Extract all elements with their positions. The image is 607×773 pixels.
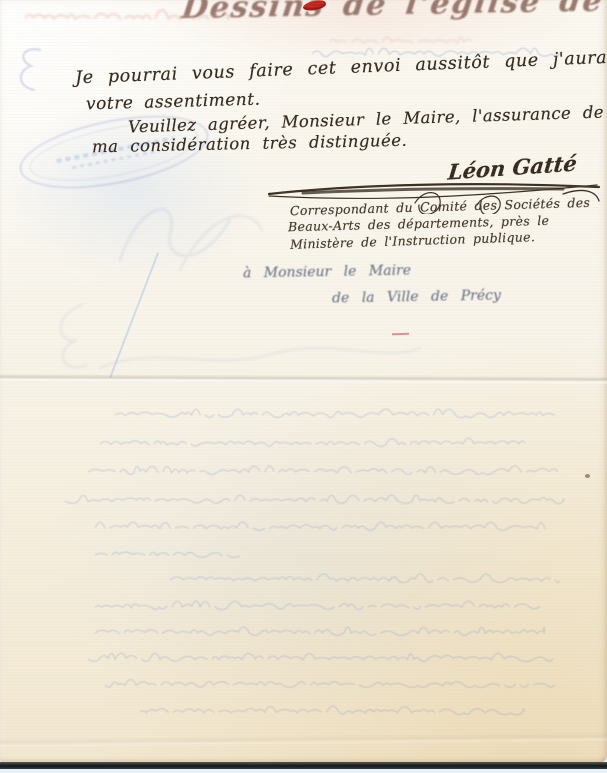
addressee-line: à Monsieur le Maire [243, 263, 411, 282]
illegible-ghost-line [95, 619, 545, 641]
fold-crease [0, 374, 607, 385]
ghost-curls [42, 295, 122, 380]
scan-edge [0, 762, 607, 769]
fold-crease [0, 732, 607, 748]
red-pencil-dash [392, 333, 409, 336]
showthrough-haze [40, 390, 560, 730]
illegible-ghost-line [88, 645, 553, 667]
scanned-letter-image: Dessins de l'église de Précy Je pourrai … [0, 0, 607, 773]
letter-page: Dessins de l'église de Précy Je pourrai … [0, 0, 607, 763]
illegible-ghost-line [95, 541, 240, 563]
blue-curl-mark [14, 46, 50, 94]
ghost-stroke-above-crease [95, 338, 425, 378]
letter-body-line: Je pourrai vous faire cet envoi aussitôt… [75, 48, 607, 89]
illegible-ghost-line [330, 28, 472, 50]
illegible-ghost-line [100, 430, 525, 452]
ink-speck [585, 474, 590, 478]
illegible-ghost-line [95, 593, 540, 615]
blue-pencil-line [109, 253, 159, 379]
letter-body-line: votre assentiment. [86, 90, 261, 115]
illegible-ghost-line [105, 671, 555, 693]
illegible-ghost-line [115, 401, 555, 423]
addressee-line: de la Ville de Précy [332, 288, 501, 307]
illegible-ghost-line [140, 698, 525, 720]
bleedthrough-title-text: Dessins de l'église de Précy [180, 0, 607, 26]
illegible-ghost-line [65, 487, 565, 509]
illegible-ghost-line [170, 566, 560, 588]
illegible-ghost-line [88, 458, 558, 480]
illegible-ghost-line [95, 514, 545, 536]
